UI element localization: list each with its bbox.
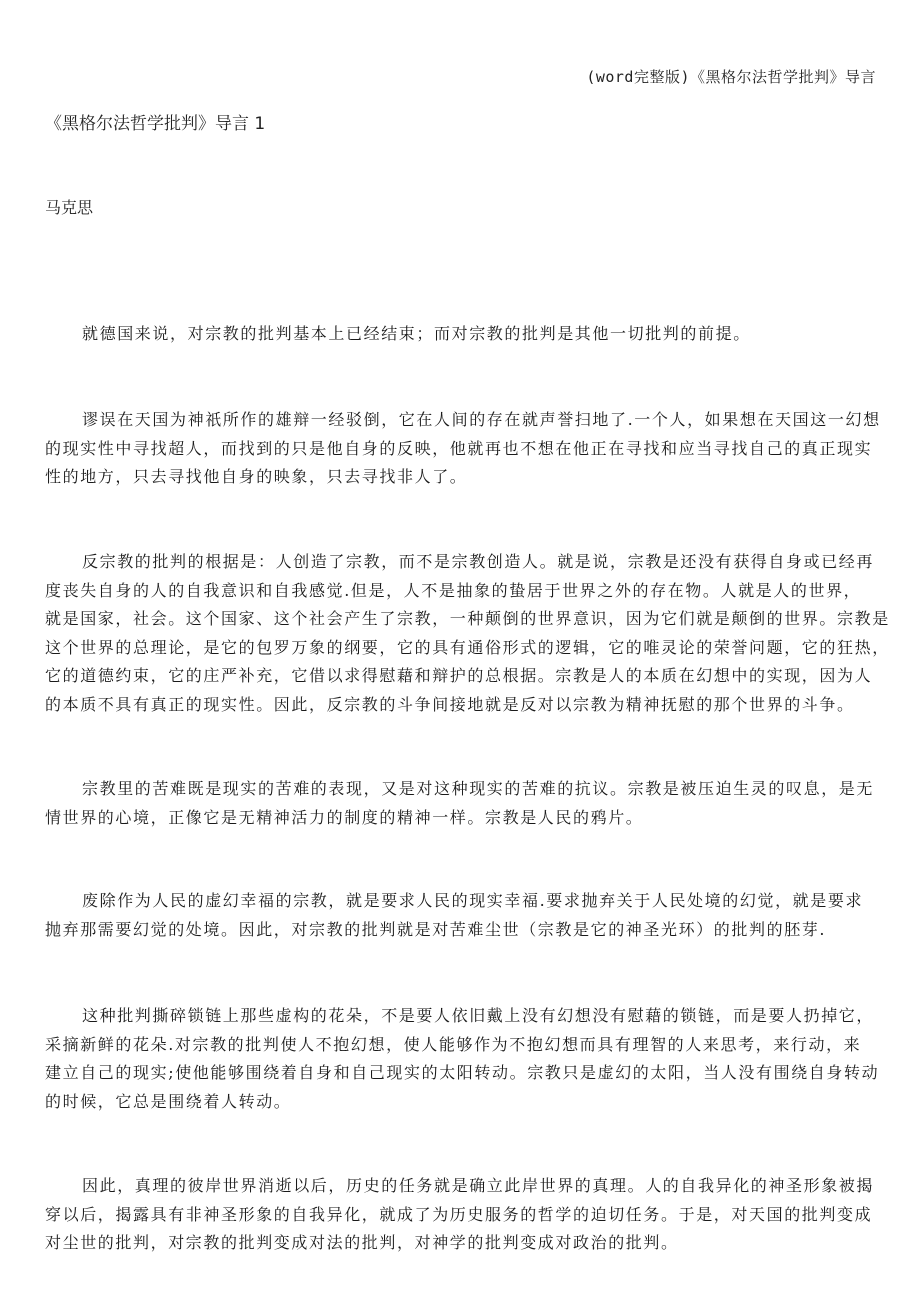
paragraph-line: 就是国家，社会。这个国家、这个社会产生了宗教，一种颠倒的世界意识，因为它们就是颠… bbox=[45, 605, 885, 634]
paragraph-line: 这种批判撕碎锁链上那些虚构的花朵，不是要人依旧戴上没有幻想没有慰藉的锁链，而是要… bbox=[45, 1002, 885, 1031]
paragraph-line: 度丧失自身的人的自我意识和自我感觉.但是，人不是抽象的蛰居于世界之外的存在物。人… bbox=[45, 577, 885, 606]
paragraph-line: 穿以后，揭露具有非神圣形象的自我异化，就成了为历史服务的哲学的迫切任务。于是，对… bbox=[45, 1201, 885, 1230]
paragraph-line: 情世界的心境，正像它是无精神活力的制度的精神一样。宗教是人民的鸦片。 bbox=[45, 804, 885, 833]
paragraph-3: 反宗教的批判的根据是：人创造了宗教，而不是宗教创造人。就是说，宗教是还没有获得自… bbox=[45, 548, 885, 719]
paragraph-6: 这种批判撕碎锁链上那些虚构的花朵，不是要人依旧戴上没有幻想没有慰藉的锁链，而是要… bbox=[45, 1002, 885, 1116]
paragraph-line: 建立自己的现实;使他能够围绕着自身和自己现实的太阳转动。宗教只是虚幻的太阳，当人… bbox=[45, 1059, 885, 1088]
paragraph-1: 就德国来说，对宗教的批判基本上已经结束；而对宗教的批判是其他一切批判的前提。 bbox=[45, 320, 885, 349]
paragraph-2: 谬误在天国为神祇所作的雄辩一经驳倒，它在人间的存在就声誉扫地了.一个人，如果想在… bbox=[45, 406, 885, 492]
author-name: 马克思 bbox=[45, 195, 93, 218]
running-header: (word完整版)《黑格尔法哲学批判》导言 bbox=[586, 66, 876, 87]
paragraph-line: 就德国来说，对宗教的批判基本上已经结束；而对宗教的批判是其他一切批判的前提。 bbox=[45, 320, 885, 349]
document-title: 《黑格尔法哲学批判》导言 1 bbox=[45, 109, 265, 134]
paragraph-line: 废除作为人民的虚幻幸福的宗教，就是要求人民的现实幸福.要求抛弃关于人民处境的幻觉… bbox=[45, 887, 885, 916]
paragraph-line: 它的道德约束，它的庄严补充，它借以求得慰藉和辩护的总根据。宗教是人的本质在幻想中… bbox=[45, 662, 885, 691]
paragraph-line: 对尘世的批判，对宗教的批判变成对法的批判，对神学的批判变成对政治的批判。 bbox=[45, 1229, 885, 1258]
paragraph-7: 因此，真理的彼岸世界消逝以后，历史的任务就是确立此岸世界的真理。人的自我异化的神… bbox=[45, 1172, 885, 1258]
paragraph-4: 宗教里的苦难既是现实的苦难的表现，又是对这种现实的苦难的抗议。宗教是被压迫生灵的… bbox=[45, 775, 885, 832]
paragraph-line: 的时候，它总是围绕着人转动。 bbox=[45, 1088, 885, 1117]
paragraph-line: 的本质不具有真正的现实性。因此，反宗教的斗争间接地就是反对以宗教为精神抚慰的那个… bbox=[45, 691, 885, 720]
paragraph-line: 性的地方，只去寻找他自身的映象，只去寻找非人了。 bbox=[45, 463, 885, 492]
paragraph-line: 的现实性中寻找超人，而找到的只是他自身的反映，他就再也不想在他正在寻找和应当寻找… bbox=[45, 435, 885, 464]
paragraph-5: 废除作为人民的虚幻幸福的宗教，就是要求人民的现实幸福.要求抛弃关于人民处境的幻觉… bbox=[45, 887, 885, 944]
paragraph-line: 抛弃那需要幻觉的处境。因此，对宗教的批判就是对苦难尘世（宗教是它的神圣光环）的批… bbox=[45, 916, 885, 945]
paragraph-line: 反宗教的批判的根据是：人创造了宗教，而不是宗教创造人。就是说，宗教是还没有获得自… bbox=[45, 548, 885, 577]
paragraph-line: 谬误在天国为神祇所作的雄辩一经驳倒，它在人间的存在就声誉扫地了.一个人，如果想在… bbox=[45, 406, 885, 435]
paragraph-line: 宗教里的苦难既是现实的苦难的表现，又是对这种现实的苦难的抗议。宗教是被压迫生灵的… bbox=[45, 775, 885, 804]
paragraph-line: 采摘新鲜的花朵.对宗教的批判使人不抱幻想，使人能够作为不抱幻想而具有理智的人来思… bbox=[45, 1031, 885, 1060]
paragraph-line: 因此，真理的彼岸世界消逝以后，历史的任务就是确立此岸世界的真理。人的自我异化的神… bbox=[45, 1172, 885, 1201]
paragraph-line: 这个世界的总理论，是它的包罗万象的纲要，它的具有通俗形式的逻辑，它的唯灵论的荣誉… bbox=[45, 634, 885, 663]
